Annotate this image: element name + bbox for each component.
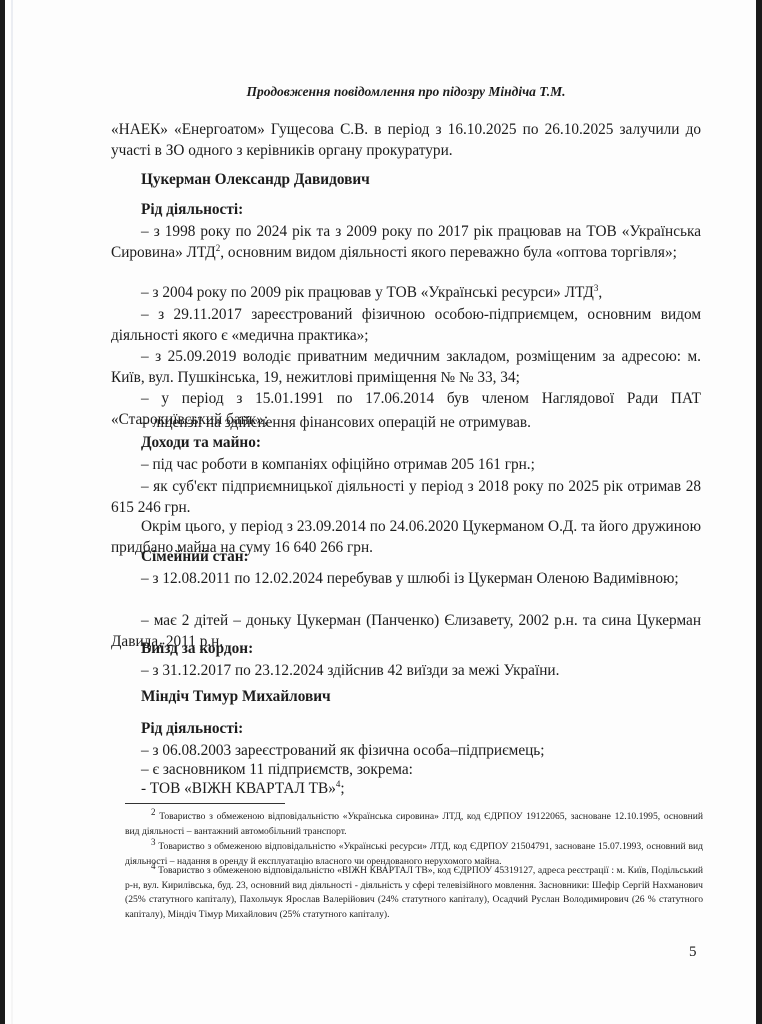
list-item: – як суб'єкт підприємницької діяльності …: [111, 477, 701, 518]
list-item: – ліцензії на здійснення фінансових опер…: [111, 413, 701, 434]
person-name-mindich: Міндіч Тимур Михайлович: [141, 688, 331, 706]
page-edge-shadow: [11, 0, 13, 1024]
section-heading-income: Доходи та майно:: [141, 434, 261, 452]
footnote-separator: [125, 803, 285, 804]
section-heading-family: Сімейний стан:: [141, 548, 249, 566]
list-item: – з 12.08.2011 по 12.02.2024 перебував у…: [111, 569, 701, 590]
list-item: – з 06.08.2003 зареєстрований як фізична…: [111, 741, 701, 762]
footnote: 2 Товариство з обмеженою відповідальніст…: [125, 810, 703, 839]
document-page: Продовження повідомлення про підозру Мін…: [5, 0, 756, 1024]
list-item: – під час роботи в компаніях офіційно от…: [111, 455, 701, 476]
list-item: – з 31.12.2017 по 23.12.2024 здійснив 42…: [111, 661, 701, 682]
running-head: Продовження повідомлення про підозру Мін…: [111, 84, 701, 100]
footnote: 4 Товариство з обмеженою відповідальніст…: [125, 864, 703, 922]
section-heading-activity: Рід діяльності:: [141, 720, 243, 738]
person-name-tsukerman: Цукерман Олександр Давидович: [141, 171, 370, 189]
list-item: – є засновником 11 підприємств, зокрема:: [111, 760, 701, 781]
list-item: - ТОВ «ВІЖН КВАРТАЛ ТВ»4;: [111, 779, 701, 800]
list-item: – з 1998 року по 2024 рік та з 2009 року…: [111, 222, 701, 263]
list-item: – з 29.11.2017 зареєстрований фізичною о…: [111, 305, 701, 346]
page-number: 5: [689, 944, 697, 961]
intro-paragraph: «НАЕК» «Енергоатом» Гущесова С.В. в пері…: [111, 120, 701, 161]
list-item: – з 25.09.2019 володіє приватним медични…: [111, 347, 701, 388]
section-heading-travel: Виїзд за кордон:: [141, 640, 253, 658]
list-item: – з 2004 року по 2009 рік працював у ТОВ…: [111, 283, 701, 304]
section-heading-activity: Рід діяльності:: [141, 201, 243, 219]
